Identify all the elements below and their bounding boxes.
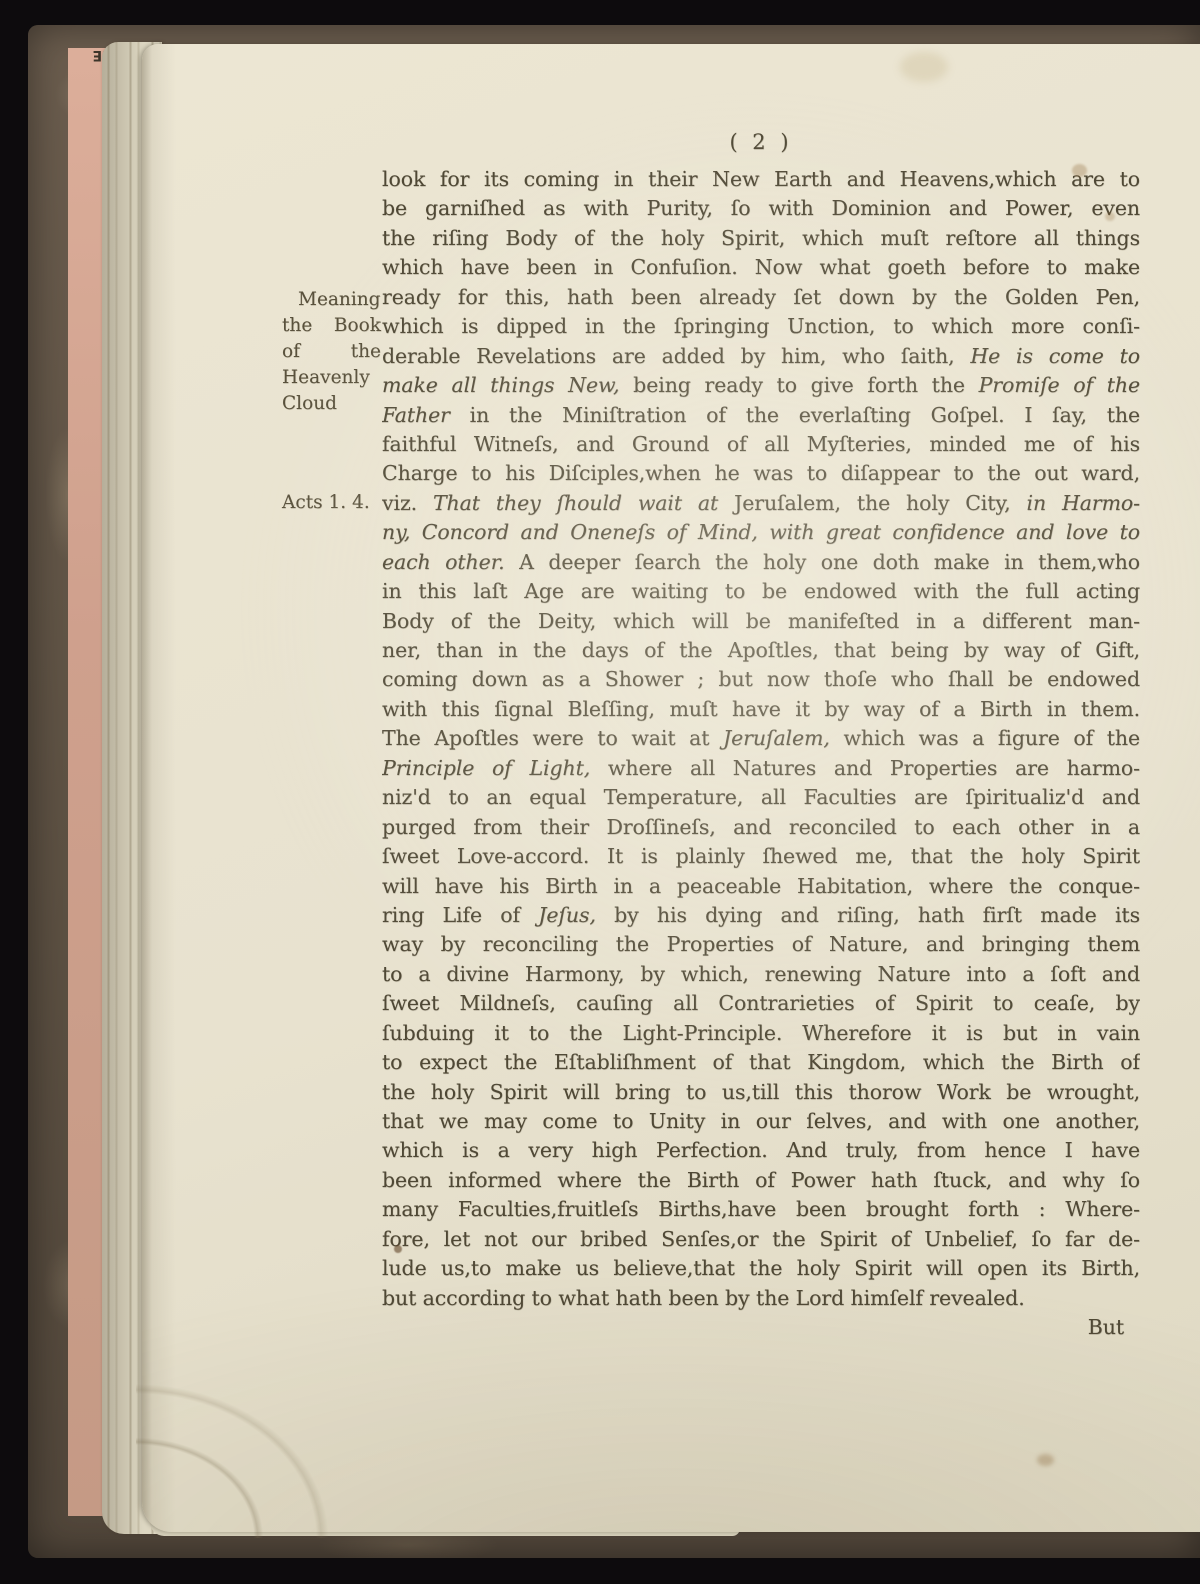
- margin-note-line: Heavenly: [282, 365, 381, 391]
- stain: [900, 52, 948, 82]
- margin-note-line: of the: [282, 339, 381, 365]
- body-line: to a divine Harmony, by which, renewing …: [382, 960, 1140, 989]
- body-line: lude us,to make us believe,that the holy…: [382, 1254, 1140, 1283]
- margin-note-line: Acts 1. 4.: [282, 490, 374, 516]
- book-page: ( 2 ) Meaningthe Bookof theHeavenlyCloud…: [142, 44, 1200, 1532]
- body-line: which have been in Confuſion. Now what g…: [382, 253, 1140, 282]
- body-line: ſweet Mildneſs, cauſing all Contrarietie…: [382, 989, 1140, 1018]
- body-line: ring Life of Jeſus, by his dying and riſ…: [382, 901, 1140, 930]
- body-line: many Faculties,fruitleſs Births,have bee…: [382, 1195, 1140, 1224]
- body-line: viz. That they ſhould wait at Jeruſalem,…: [382, 489, 1140, 518]
- page-number: ( 2 ): [382, 130, 1140, 154]
- body-line: the holy Spirit will bring to us,till th…: [382, 1078, 1140, 1107]
- corner-crease: [136, 1348, 376, 1538]
- photo-background: { "colors": { "background": "#0d0b0d", "…: [0, 0, 1200, 1584]
- body-line: coming down as a Shower ; but now thoſe …: [382, 665, 1140, 694]
- body-line: but according to what hath been by the L…: [382, 1284, 1140, 1313]
- body-line: which is dipped in the ſpringing Unction…: [382, 312, 1140, 341]
- margin-note: Meaningthe Bookof theHeavenlyCloud: [282, 287, 381, 417]
- body-line: be garniſhed as with Purity, ſo with Dom…: [382, 194, 1140, 223]
- margin-note: Acts 1. 4.: [282, 490, 374, 516]
- body-line: in this laſt Age are waiting to be endow…: [382, 577, 1140, 606]
- body-text: look for its coming in their New Earth a…: [382, 165, 1140, 1343]
- body-line: each other. A deeper ſearch the holy one…: [382, 548, 1140, 577]
- body-line: to expect the Eſtabliſhment of that King…: [382, 1048, 1140, 1077]
- body-line: niz'd to an equal Temperature, all Facul…: [382, 783, 1140, 812]
- body-line: ſweet Love-accord. It is plainly ſhewed …: [382, 842, 1140, 871]
- body-line: will have his Birth in a peaceable Habit…: [382, 872, 1140, 901]
- margin-note-line: the Book: [282, 313, 381, 339]
- body-line: Body of the Deity, which will be manifeſ…: [382, 607, 1140, 636]
- body-line: Father in the Miniſtration of the everla…: [382, 401, 1140, 430]
- body-line: with this ſignal Bleſſing, muſt have it …: [382, 695, 1140, 724]
- body-line: which is a very high Perfection. And tru…: [382, 1136, 1140, 1165]
- body-line: look for its coming in their New Earth a…: [382, 165, 1140, 194]
- body-line: ſubduing it to the Light-Principle. Wher…: [382, 1019, 1140, 1048]
- body-line: make all things New, being ready to give…: [382, 371, 1140, 400]
- body-line: Charge to his Diſciples,when he was to d…: [382, 459, 1140, 488]
- body-line: way by reconciling the Properties of Nat…: [382, 930, 1140, 959]
- body-line: the riſing Body of the holy Spirit, whic…: [382, 224, 1140, 253]
- margin-note-line: Cloud: [282, 391, 381, 417]
- body-line: derable Revelations are added by him, wh…: [382, 342, 1140, 371]
- body-line: The Apoſtles were to wait at Jeruſalem, …: [382, 724, 1140, 753]
- body-line: been informed where the Birth of Power h…: [382, 1166, 1140, 1195]
- stain: [1037, 1454, 1054, 1466]
- body-line: ner, than in the days of the Apoſtles, t…: [382, 636, 1140, 665]
- body-line: faithful Witneſs, and Ground of all Myſt…: [382, 430, 1140, 459]
- body-line: ready for this, hath been already ſet do…: [382, 283, 1140, 312]
- body-line: purged from their Droſſineſs, and reconc…: [382, 813, 1140, 842]
- body-line: that we may come to Unity in our ſelves,…: [382, 1107, 1140, 1136]
- margin-note-line: Meaning: [282, 287, 381, 313]
- catchword: But: [382, 1313, 1140, 1342]
- body-line: Principle of Light, where all Natures an…: [382, 754, 1140, 783]
- body-line: fore, let not our bribed Senſes,or the S…: [382, 1225, 1140, 1254]
- body-line: ny, Concord and Oneneſs of Mind, with gr…: [382, 518, 1140, 547]
